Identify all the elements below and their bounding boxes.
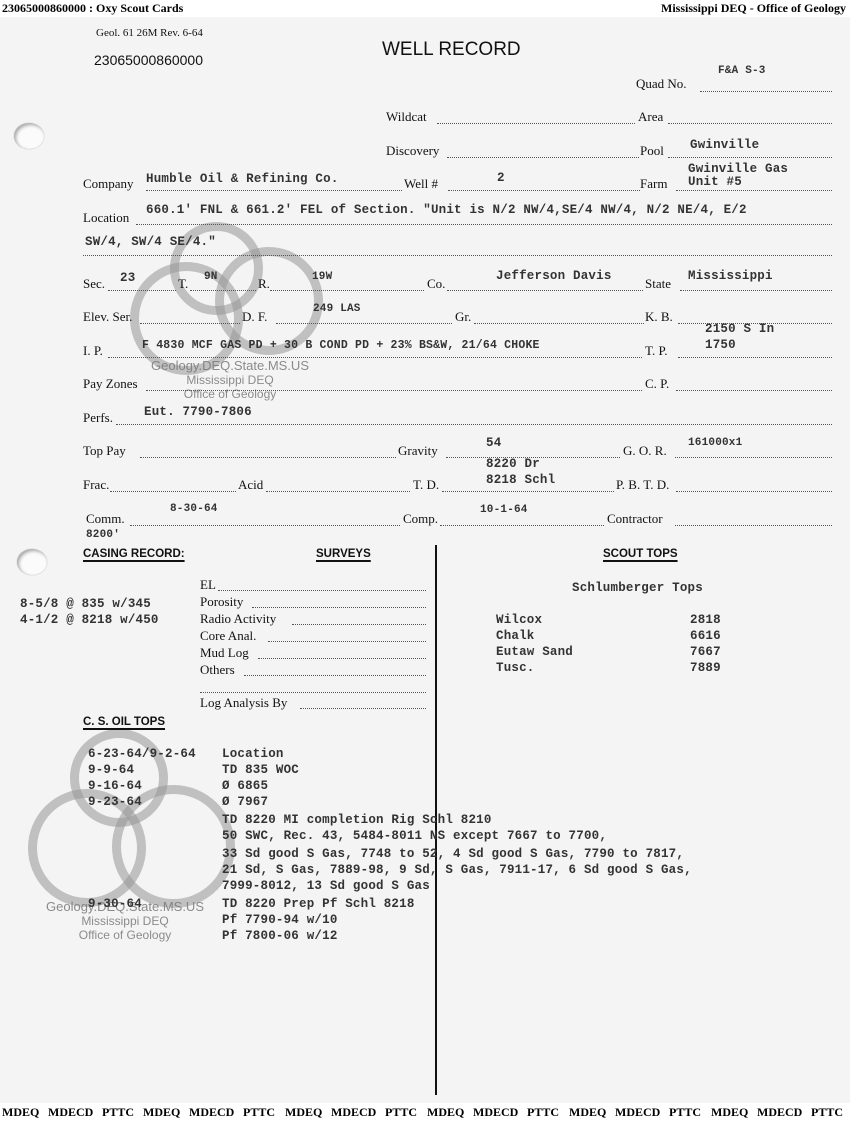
agency-title: Mississippi DEQ - Office of Geology [661,1,846,16]
footer-label: MDEQ [285,1105,322,1120]
gor-label: G. O. R. [623,443,667,459]
footer-label: MDEQ [569,1105,606,1120]
gr-label: Gr. [455,309,471,325]
surveys-heading: SURVEYS [316,548,371,560]
comp-value: 10-1-64 [480,504,528,516]
sec-value: 23 [120,271,135,285]
perfs-value: Eut. 7790-7806 [144,405,252,419]
form-code: Geol. 61 26M Rev. 6-64 [96,27,203,39]
survey-log-analysis-by: Log Analysis By [200,695,287,711]
survey-mud-log: Mud Log [200,645,249,661]
gor-value: 161000x1 [688,437,742,449]
cp-label: C. P. [645,376,669,392]
log-text: TD 8220 MI completion Rig Schl 8210 [222,813,492,827]
log-text: 21 Sd, S Gas, 7889-98, 9 Sd, S Gas, 7911… [222,863,692,877]
footer-label: PTTC [102,1105,134,1120]
location-value-line1: 660.1' FNL & 661.2' FEL of Section. "Uni… [146,203,747,217]
state-value: Mississippi [688,269,773,283]
footer-label: PTTC [243,1105,275,1120]
company-label: Company [83,176,134,192]
location-label: Location [83,210,129,226]
t-value: 9N [204,271,218,283]
footer-label: MDECD [757,1105,802,1120]
df-value: 249 LAS [313,303,361,315]
ip-value: F 4830 MCF GAS PD + 30 B COND PD + 23% B… [142,339,540,352]
schlumberger-tops-subheading: Schlumberger Tops [572,581,703,595]
tp-label: T. P. [645,343,668,359]
pay-zones-label: Pay Zones [83,376,138,392]
api-number: 23065000860000 [94,52,203,68]
footer-label: MDECD [189,1105,234,1120]
survey-el: EL [200,577,216,593]
county-value: Jefferson Davis [496,269,612,283]
sec-label: Sec. [83,276,105,292]
comm-value: 8-30-64 [170,503,218,515]
farm-value-line2: Unit #5 [688,175,742,189]
footer-label: PTTC [527,1105,559,1120]
scout-top-depth: 2818 [690,613,721,627]
comp-label: Comp. [403,511,438,527]
county-label: Co. [427,276,445,292]
pbtd-label: P. B. T. D. [616,477,669,493]
footer-label: MDEQ [2,1105,39,1120]
td-value-line1: 8220 Dr [486,457,540,471]
log-text: Ø 7967 [222,795,268,809]
scout-top-name: Eutaw Sand [496,645,573,659]
r-label: R. [258,276,270,292]
log-text: 33 Sd good S Gas, 7748 to 52, 4 Sd good … [222,847,684,861]
footer-label: MDEQ [143,1105,180,1120]
comm-label: Comm. [86,511,125,527]
gravity-label: Gravity [398,443,438,459]
discovery-label: Discovery [386,143,439,159]
log-text: Pf 7790-94 w/10 [222,913,338,927]
cs-oil-tops-heading: C. S. OIL TOPS [83,716,165,728]
scout-top-name: Tusc. [496,661,535,675]
contractor-label: Contractor [607,511,663,527]
footer-label: PTTC [811,1105,843,1120]
perfs-label: Perfs. [83,410,113,426]
footer-label: MDEQ [427,1105,464,1120]
scout-top-name: Wilcox [496,613,542,627]
quad-no-value: F&A S-3 [718,65,766,77]
survey-others: Others [200,662,235,678]
casing-line-2: 4-1/2 @ 8218 w/450 [20,613,159,627]
survey-porosity: Porosity [200,594,243,610]
farm-value-line1: Gwinville Gas [688,162,788,176]
hole-punch-top [14,123,44,149]
log-date: 9-16-64 [88,779,142,793]
page-title: WELL RECORD [382,39,521,61]
log-date: 9-30-64 [88,897,142,911]
survey-radio-activity: Radio Activity [200,611,276,627]
acid-label: Acid [238,477,263,493]
well-no-label: Well # [404,176,438,192]
r-value: 19W [312,271,332,283]
gravity-value: 54 [486,436,501,450]
scout-top-depth: 7667 [690,645,721,659]
hole-punch-middle [17,549,47,575]
elev-ser-label: Elev. Ser. [83,309,132,325]
log-text: Pf 7800-06 w/12 [222,929,338,943]
log-date: 6-23-64/9-2-64 [88,747,196,761]
kb-label: K. B. [645,309,673,325]
log-text: Ø 6865 [222,779,268,793]
casing-line-1: 8-5/8 @ 835 w/345 [20,597,151,611]
watermark-text-top: Geology.DEQ.State.MS.US Mississippi DEQ … [120,359,340,401]
scout-top-depth: 7889 [690,661,721,675]
scout-tops-heading: SCOUT TOPS [603,548,678,560]
log-text: 50 SWC, Rec. 43, 5484-8011 NS except 766… [222,829,607,843]
td-value-line2: 8218 Schl [486,473,555,487]
state-label: State [645,276,671,292]
document-id-title: 23065000860000 : Oxy Scout Cards [2,1,183,16]
casing-record-heading: CASING RECORD: [83,548,185,560]
log-text: TD 8220 Prep Pf Schl 8218 [222,897,415,911]
log-text: 7999-8012, 13 Sd good S Gas [222,879,430,893]
footer-label: MDECD [48,1105,93,1120]
tp-value-line1: 2150 S In [705,322,774,336]
log-text: Location [222,747,284,761]
log-date: 9-9-64 [88,763,134,777]
pool-value: Gwinville [690,138,759,152]
survey-core-anal: Core Anal. [200,628,256,644]
pool-label: Pool [640,143,664,159]
log-date: 9-23-64 [88,795,142,809]
quad-no-label: Quad No. [636,76,687,92]
t-label: T. [178,276,188,292]
td-label: T. D. [413,477,439,493]
well-record-card: Geology.DEQ.State.MS.US Mississippi DEQ … [0,17,850,1103]
footer-label: MDECD [615,1105,660,1120]
farm-label: Farm [640,176,667,192]
area-label: Area [638,109,663,125]
company-value: Humble Oil & Refining Co. [146,172,339,186]
log-text: TD 835 WOC [222,763,299,777]
frac-label: Frac. [83,477,109,493]
footer-label: MDEQ [711,1105,748,1120]
wildcat-label: Wildcat [386,109,427,125]
footer-label: MDECD [473,1105,518,1120]
depth-note: 8200' [86,529,120,541]
tp-value-line2: 1750 [705,338,736,352]
ip-label: I. P. [83,343,103,359]
well-no-value: 2 [497,171,505,185]
footer-label: MDECD [331,1105,376,1120]
viewer-header: 23065000860000 : Oxy Scout Cards Mississ… [0,0,850,17]
footer-label: PTTC [669,1105,701,1120]
top-pay-label: Top Pay [83,443,126,459]
footer-label: PTTC [385,1105,417,1120]
footer-agency-strip: MDEQ MDECD PTTC MDEQ MDECD PTTC MDEQ MDE… [0,1103,850,1121]
location-value-line2: SW/4, SW/4 SE/4." [85,235,216,249]
scout-top-depth: 6616 [690,629,721,643]
df-label: D. F. [242,309,267,325]
scout-top-name: Chalk [496,629,535,643]
